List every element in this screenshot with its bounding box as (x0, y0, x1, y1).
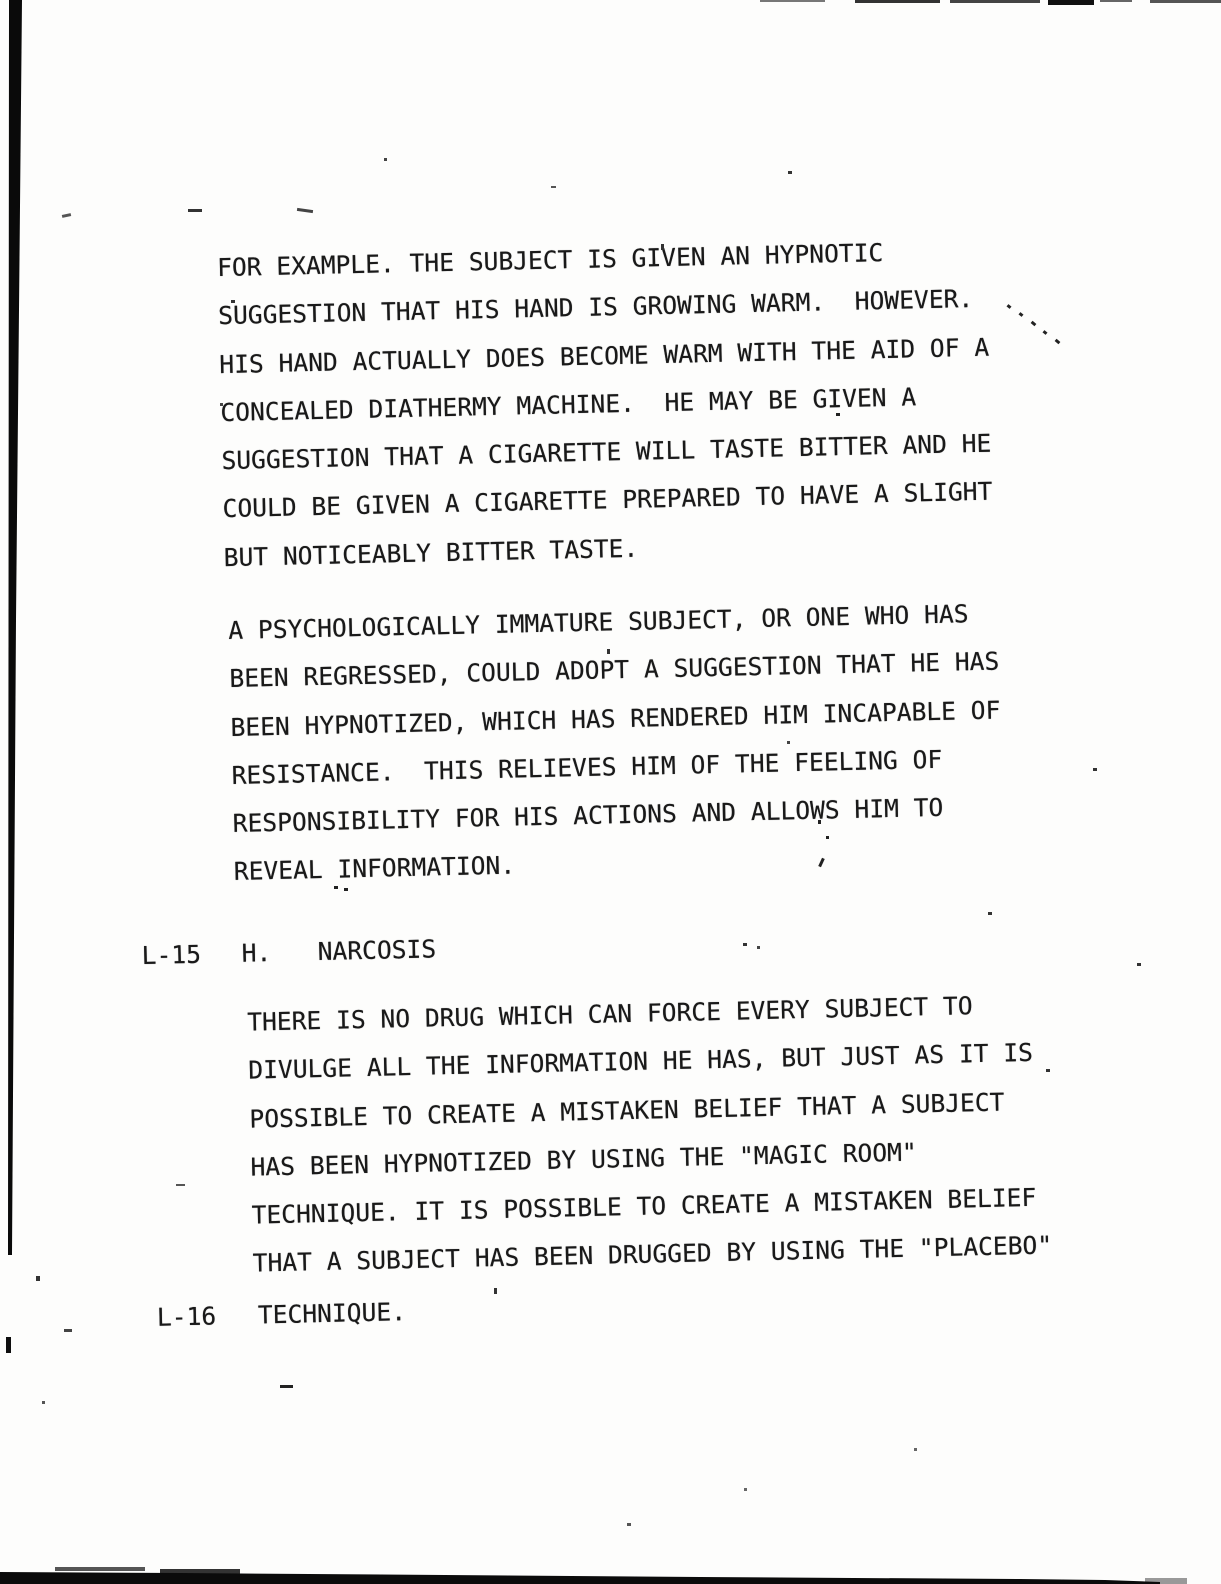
scan-speck (231, 300, 235, 303)
scan-speck (743, 943, 747, 946)
scan-speck (220, 403, 223, 406)
margin-label-l16: L-16 (156, 1292, 216, 1342)
scan-artifact-top-edge (1100, 0, 1132, 2)
scan-speck (826, 836, 829, 839)
scan-artifact-bottom-dash (55, 1567, 145, 1571)
scan-artifact-top-edge (1150, 0, 1221, 3)
scan-speck (914, 1448, 917, 1451)
scan-speck (836, 413, 840, 416)
scan-speck (494, 1288, 497, 1294)
scan-artifact-top-edge (1048, 0, 1094, 5)
scan-speck (176, 1184, 185, 1186)
body-paragraph-hypnotic-suggestion: FOR EXAMPLE. THE SUBJECT IS GIVEN AN HYP… (217, 227, 994, 582)
paragraph-continuation-word: TECHNIQUE. (257, 1288, 406, 1340)
scan-speck (42, 1401, 45, 1404)
scan-speck (384, 158, 387, 161)
scan-speck (757, 946, 760, 949)
scan-speck (1046, 1069, 1050, 1072)
section-index-letter: H. (241, 929, 272, 978)
scan-speck (1137, 963, 1141, 966)
typewritten-text-layer: FOR EXAMPLE. THE SUBJECT IS GIVEN AN HYP… (0, 0, 1221, 1584)
margin-label-l15: L-15 (141, 931, 201, 981)
scan-speck (661, 244, 664, 250)
document-page: FOR EXAMPLE. THE SUBJECT IS GIVEN AN HYP… (0, 0, 1221, 1584)
scan-artifact-top-edge (855, 0, 940, 3)
scan-speck (551, 186, 556, 188)
scan-speck (1093, 768, 1097, 771)
scan-speck (607, 649, 610, 654)
scan-speck (818, 820, 821, 824)
scan-artifact-top-edge (950, 0, 1040, 3)
section-title-narcosis: NARCOSIS (317, 925, 437, 976)
body-paragraph-immature-subject: A PSYCHOLOGICALLY IMMATURE SUBJECT, OR O… (228, 590, 1004, 897)
scan-speck (744, 1488, 747, 1491)
scan-speck (627, 1523, 631, 1526)
scan-speck (188, 209, 202, 212)
scan-artifact-top-edge (760, 0, 825, 2)
body-paragraph-narcosis: THERE IS NO DRUG WHICH CAN FORCE EVERY S… (247, 981, 1053, 1289)
scan-speck (36, 1276, 40, 1281)
scan-speck (787, 741, 790, 744)
scan-speck (344, 888, 348, 891)
scan-artifact-left-bar-tail (6, 1337, 11, 1353)
scan-speck (280, 1385, 293, 1388)
scan-speck (988, 912, 992, 915)
scan-speck (64, 1329, 72, 1332)
scan-speck (788, 171, 792, 174)
scan-speck (334, 886, 338, 889)
